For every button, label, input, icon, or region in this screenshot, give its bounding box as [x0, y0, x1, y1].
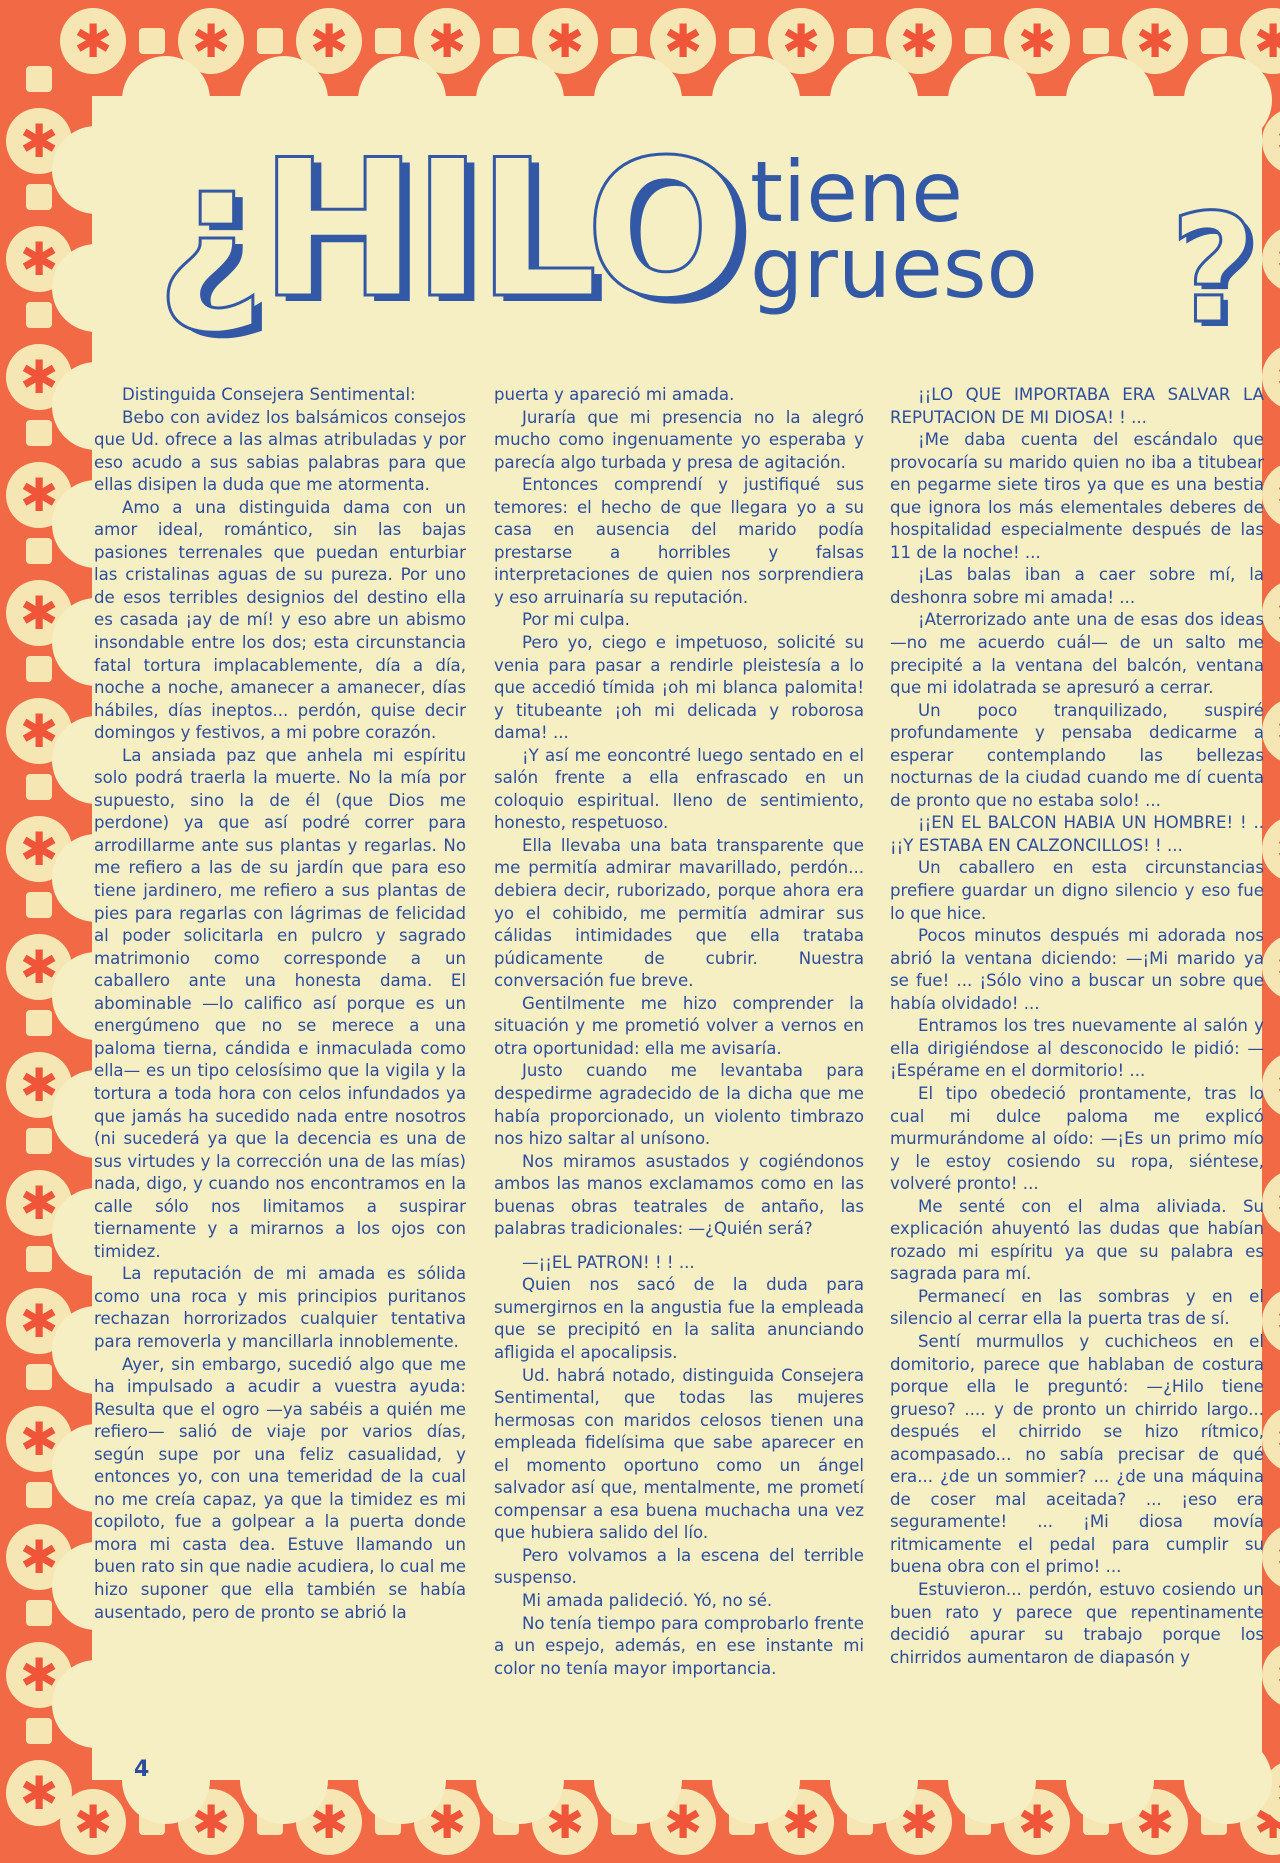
square-ornament-icon	[26, 1364, 52, 1390]
asterisk-medallion-icon: ✱	[1262, 580, 1280, 646]
square-ornament-icon	[26, 1600, 52, 1626]
article-column-3: ¡¡LO QUE IMPORTABA ERA SALVAR LA REPUTAC…	[890, 384, 1264, 1669]
paragraph: Ayer, sin embargo, sucedió algo que me h…	[94, 1354, 466, 1625]
square-ornament-icon	[26, 1246, 52, 1272]
asterisk-medallion-icon: ✱	[1262, 1524, 1280, 1590]
paragraph: Mi amada palideció. Yó, no sé.	[494, 1590, 864, 1613]
asterisk-medallion-icon: ✱	[1262, 462, 1280, 528]
paragraph: ¡Me daba cuenta del escándalo que provoc…	[890, 429, 1264, 564]
square-ornament-icon	[611, 28, 637, 54]
square-ornament-icon	[26, 1010, 52, 1036]
page-number: 4	[134, 1757, 149, 1782]
square-ornament-icon	[729, 28, 755, 54]
paragraph: La reputación de mi amada es sólida como…	[94, 1263, 466, 1353]
paragraph: Por mi culpa.	[494, 609, 864, 632]
square-ornament-icon	[1083, 28, 1109, 54]
asterisk-medallion-icon: ✱	[1262, 1170, 1280, 1236]
title-hilo: ¿HILO	[155, 135, 741, 325]
asterisk-medallion-icon: ✱	[6, 1760, 72, 1826]
square-ornament-icon	[26, 774, 52, 800]
scallop-shape	[1184, 56, 1272, 144]
paragraph: Juraría que mi presencia no la alegró mu…	[494, 407, 864, 475]
paragraph: Ud. habrá notado, distinguida Consejera …	[494, 1365, 864, 1545]
scallop-shape	[358, 1736, 446, 1824]
scallop-shape	[52, 126, 140, 214]
paragraph: ¡¡EN EL BALCON HABIA UN HOMBRE! ! .. ¡¡Y…	[890, 812, 1264, 857]
scallop-shape	[476, 1736, 564, 1824]
paragraph: Bebo con avidez los balsámicos consejos …	[94, 407, 466, 497]
square-ornament-icon	[26, 1128, 52, 1154]
square-ornament-icon	[257, 28, 283, 54]
asterisk-medallion-icon: ✱	[1262, 934, 1280, 1000]
article-column-2: puerta y apareció mi amada.Juraría que m…	[494, 384, 864, 1680]
title-tiene-grueso: tiene grueso	[750, 155, 1038, 306]
asterisk-medallion-icon: ✱	[1262, 344, 1280, 410]
paragraph: Justo cuando me levantaba para despedirm…	[494, 1060, 864, 1150]
scallop-shape	[240, 1736, 328, 1824]
paragraph: —¡¡EL PATRON! ! ! ...	[494, 1252, 864, 1275]
title-line-grueso: grueso	[750, 231, 1038, 307]
paragraph: ¡Las balas iban a caer sobre mí, la desh…	[890, 564, 1264, 609]
paragraph: Pero yo, ciego e impetuoso, solicité su …	[494, 632, 864, 745]
paragraph: Me senté con el alma aliviada. Su explic…	[890, 1196, 1264, 1286]
square-ornament-icon	[26, 184, 52, 210]
scallop-shape	[1066, 56, 1154, 144]
magazine-page: ✱✱✱✱✱✱✱✱✱✱✱✱✱✱✱✱✱✱✱✱✱✱✱✱✱✱✱✱✱✱✱✱✱✱✱✱✱✱✱✱…	[0, 0, 1280, 1863]
article-column-1: Distinguida Consejera Sentimental:Bebo c…	[94, 384, 466, 1624]
paragraph: Distinguida Consejera Sentimental:	[94, 384, 466, 407]
scallop-shape	[594, 1736, 682, 1824]
scallop-shape	[830, 56, 918, 144]
scallop-shape	[712, 1736, 800, 1824]
square-ornament-icon	[375, 28, 401, 54]
paragraph: ¡Y así me eoncontré luego sentado en el …	[494, 745, 864, 835]
paragraph: Sentí murmullos y cuchicheos en el domit…	[890, 1331, 1264, 1579]
paragraph: Gentilmente me hizo comprender la situac…	[494, 993, 864, 1061]
scallop-shape	[52, 1660, 140, 1748]
paragraph: Amo a una distinguida dama con un amor i…	[94, 497, 466, 745]
scallop-shape	[830, 1736, 918, 1824]
square-ornament-icon	[493, 28, 519, 54]
scallop-shape	[1184, 1736, 1272, 1824]
square-ornament-icon	[847, 28, 873, 54]
paragraph: Ella llevaba una bata transparente que m…	[494, 835, 864, 993]
paragraph: ¡¡LO QUE IMPORTABA ERA SALVAR LA REPUTAC…	[890, 384, 1264, 429]
article-title: ¿HILO tiene grueso ?	[155, 135, 1255, 335]
paragraph: Estuvieron... perdón, estuvo cosiendo un…	[890, 1579, 1264, 1669]
square-ornament-icon	[26, 1482, 52, 1508]
asterisk-medallion-icon: ✱	[1262, 1406, 1280, 1472]
paragraph: Quien nos sacó de la duda para sumergirn…	[494, 1274, 864, 1364]
paragraph: Pero volvamos a la escena del terrible s…	[494, 1545, 864, 1590]
asterisk-medallion-icon: ✱	[1262, 226, 1280, 292]
paragraph: Permanecí en las sombras y en el silenci…	[890, 1286, 1264, 1331]
paragraph: Pocos minutos después mi adorada nos abr…	[890, 925, 1264, 1015]
square-ornament-icon	[26, 420, 52, 446]
square-ornament-icon	[965, 28, 991, 54]
scallop-shape	[52, 244, 140, 332]
square-ornament-icon	[139, 28, 165, 54]
paragraph: El tipo obedeció prontamente, tras lo cu…	[890, 1083, 1264, 1196]
square-ornament-icon	[26, 538, 52, 564]
square-ornament-icon	[26, 1718, 52, 1744]
paragraph: Nos miramos asustados y cogiéndonos ambo…	[494, 1151, 864, 1241]
paragraph: Entonces comprendí y justifiqué sus temo…	[494, 474, 864, 609]
paragraph: La ansiada paz que anhela mi espíritu so…	[94, 745, 466, 1264]
paragraph: Entramos los tres nuevamente al salón y …	[890, 1015, 1264, 1083]
scallop-shape	[948, 56, 1036, 144]
square-ornament-icon	[1201, 28, 1227, 54]
scallop-shape	[948, 1736, 1036, 1824]
paragraph: ¡Aterrorizado ante una de esas dos ideas…	[890, 609, 1264, 699]
paragraph: Un caballero en esta circunstancias pref…	[890, 857, 1264, 925]
asterisk-medallion-icon: ✱	[1262, 698, 1280, 764]
asterisk-medallion-icon: ✱	[1262, 1642, 1280, 1708]
paragraph: No tenía tiempo para comprobarlo frente …	[494, 1613, 864, 1681]
paragraph: puerta y apareció mi amada.	[494, 384, 864, 407]
question-mark-icon: ?	[1170, 195, 1257, 345]
square-ornament-icon	[26, 892, 52, 918]
asterisk-medallion-icon: ✱	[60, 8, 126, 74]
asterisk-medallion-icon: ✱	[1262, 1288, 1280, 1354]
asterisk-medallion-icon: ✱	[1262, 1052, 1280, 1118]
square-ornament-icon	[26, 66, 52, 92]
square-ornament-icon	[26, 302, 52, 328]
scallop-shape	[1066, 1736, 1154, 1824]
asterisk-medallion-icon: ✱	[1262, 816, 1280, 882]
paragraph: Un poco tranquilizado, suspiré profundam…	[890, 700, 1264, 813]
square-ornament-icon	[26, 656, 52, 682]
